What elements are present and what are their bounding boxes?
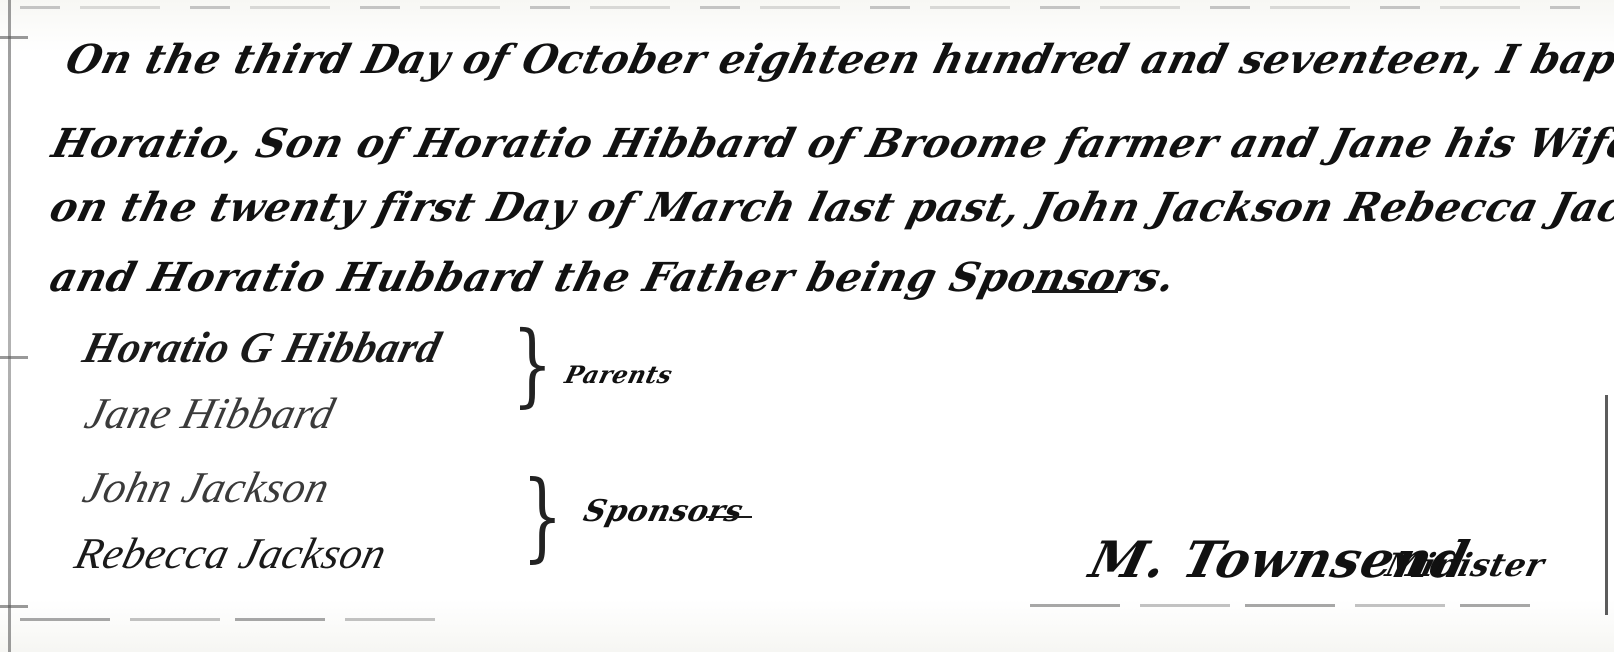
closing-dash [1032,290,1118,293]
entry-line-3: on the twenty first Day of March last pa… [46,188,1614,228]
sponsors-dash [706,516,752,518]
margin-tick [0,605,28,608]
right-page-edge [1605,395,1608,615]
margin-tick [0,36,28,39]
parent-signature-mother: Jane Hibbard [80,388,340,439]
top-ruled-line [20,6,1580,9]
margin-tick [0,356,28,359]
register-page: On the third Day of October eighteen hun… [0,0,1614,652]
parents-brace-icon: } [512,321,553,411]
parent-signature-father: Horatio G Hibbard [78,322,446,373]
minister-title: Minister [1382,546,1548,584]
parents-label: Parents [562,360,676,389]
sponsors-label: Sponsors [580,494,747,529]
sponsor-signature-john: John Jackson [78,462,335,513]
left-margin-rule [8,0,11,652]
bottom-ruled-line [1030,604,1530,607]
entry-line-1: On the third Day of October eighteen hun… [62,40,1614,80]
sponsor-signature-rebecca: Rebecca Jackson [70,528,392,579]
bottom-ruled-line [20,618,440,621]
entry-line-2: Horatio, Son of Horatio Hibbard of Broom… [48,124,1614,164]
sponsors-brace-icon: } [522,470,563,566]
entry-line-4: and Horatio Hubbard the Father being Spo… [46,258,1179,298]
